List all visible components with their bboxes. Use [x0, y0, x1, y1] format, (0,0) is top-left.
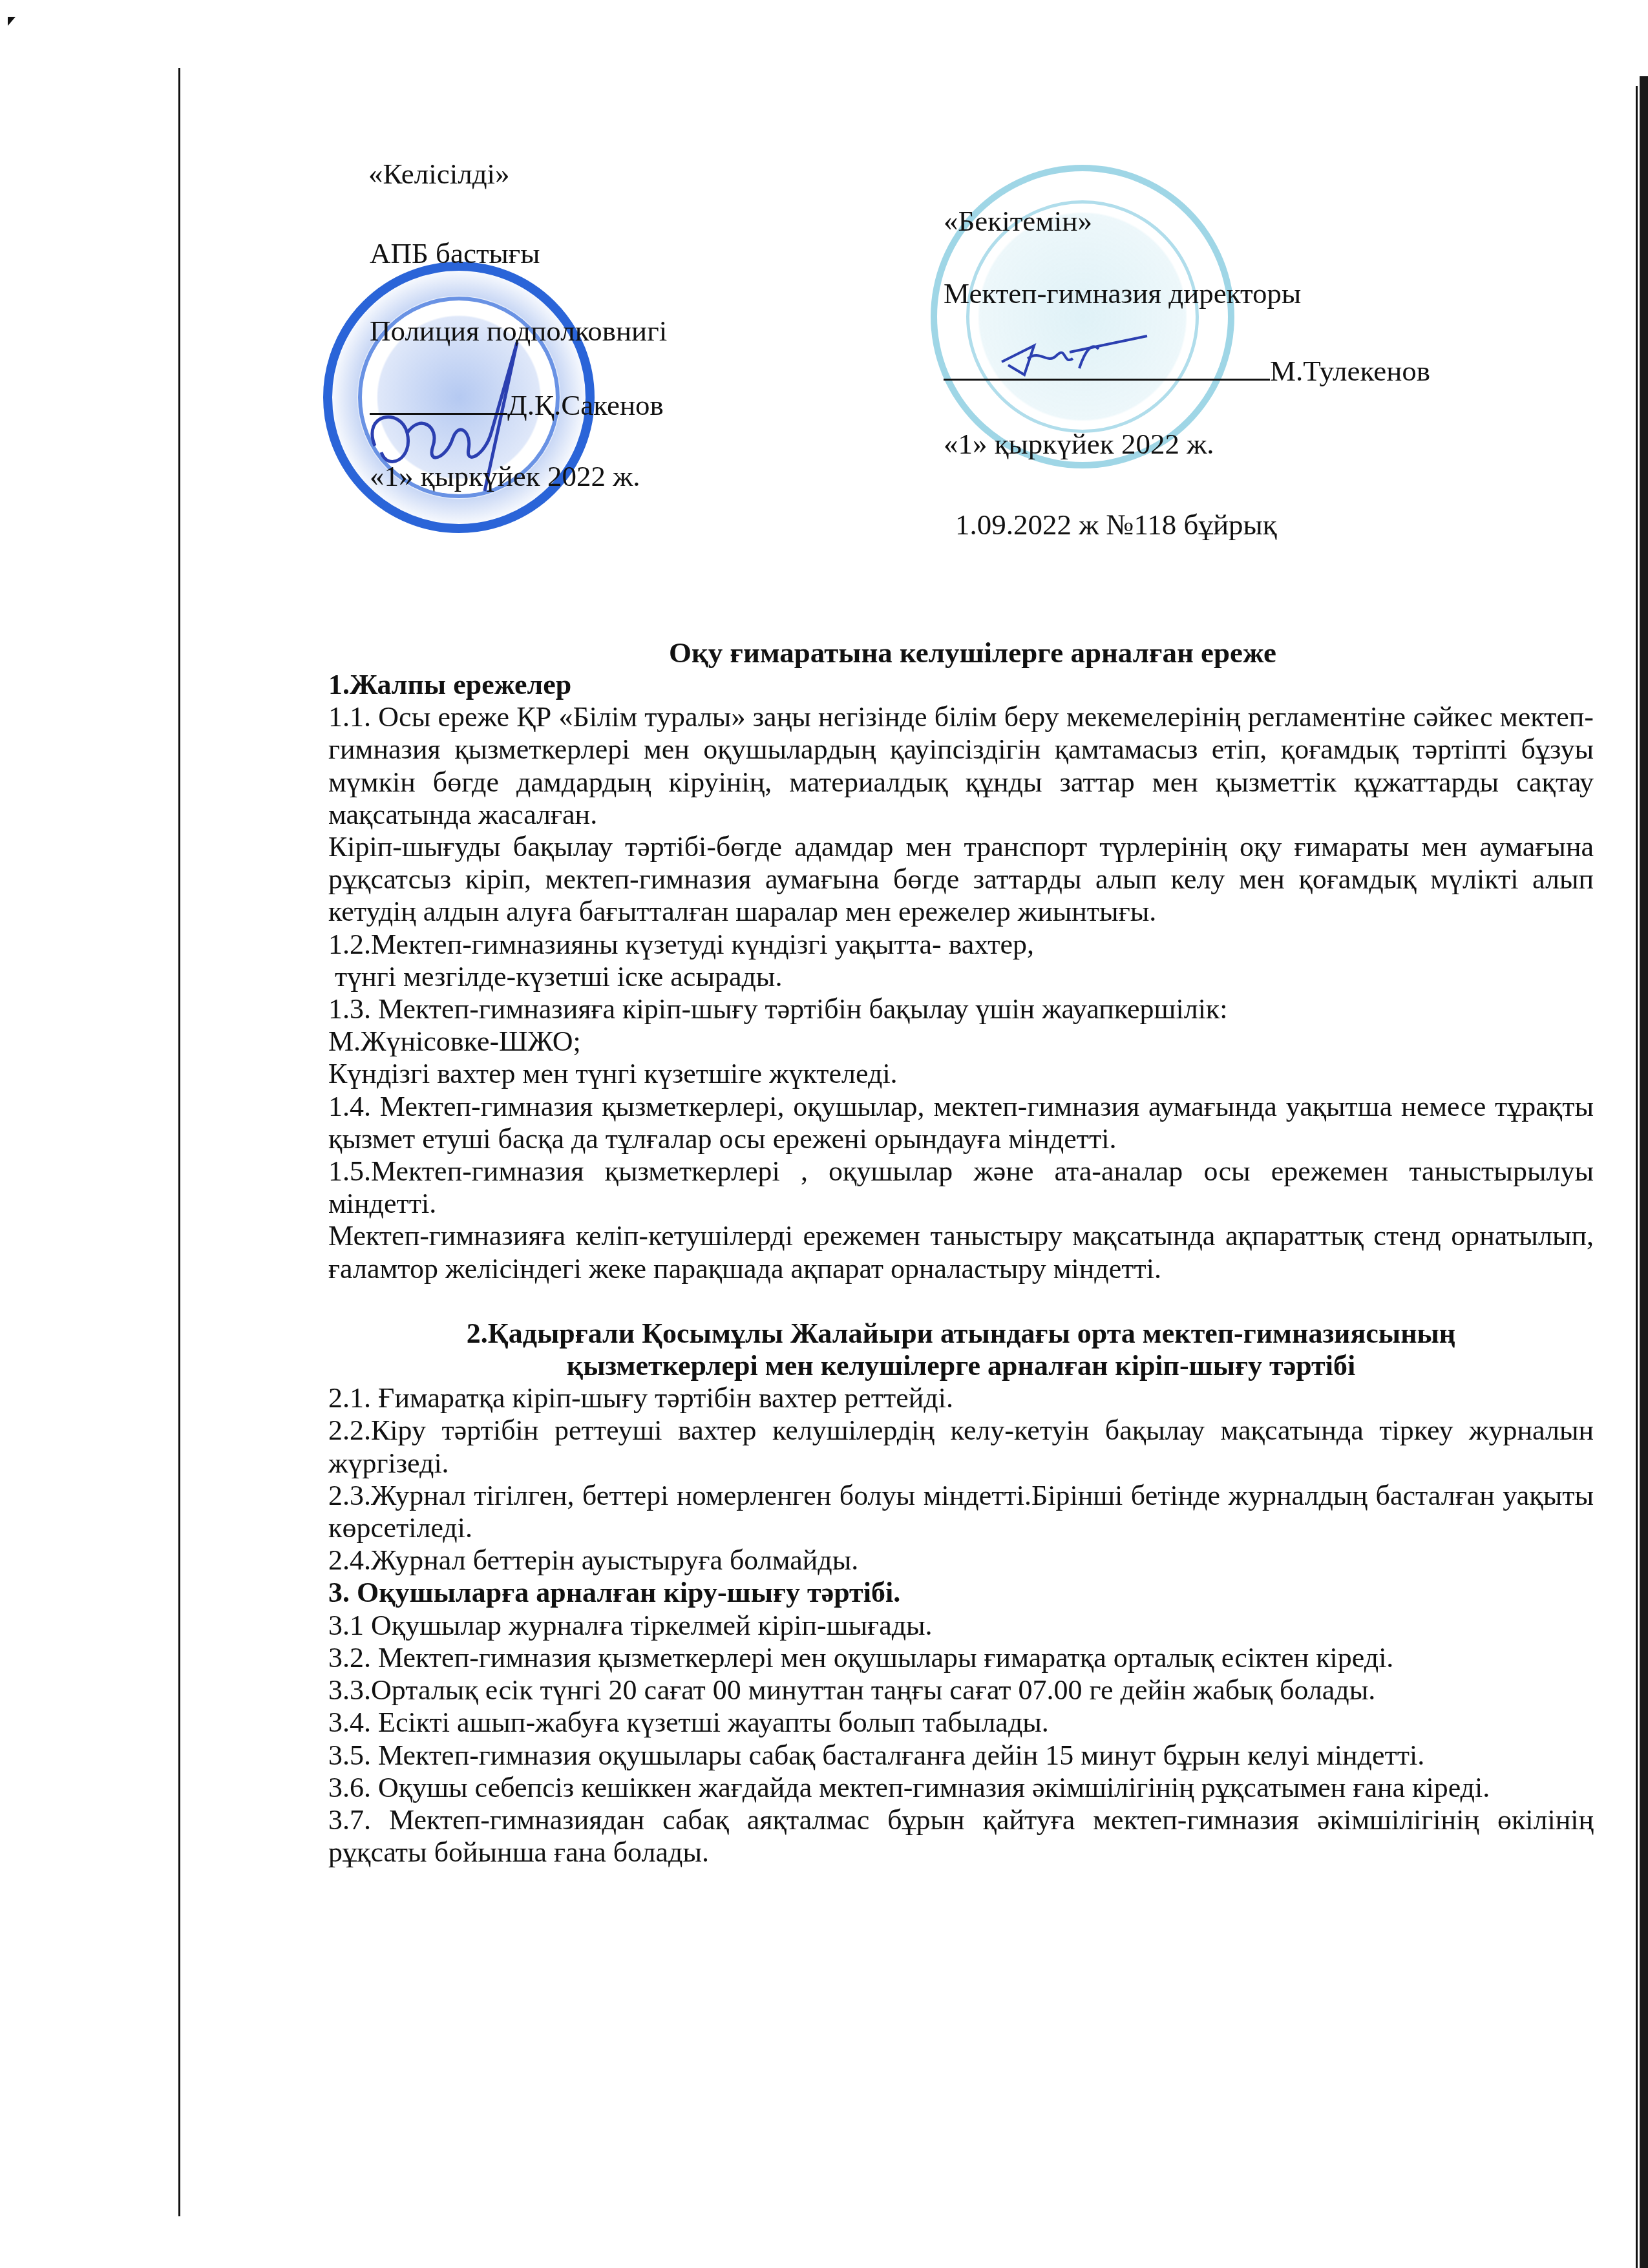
paragraph: 3.5. Мектеп-гимназия оқушылары сабақ бас… — [328, 1739, 1594, 1772]
right-edge-shadow — [1640, 76, 1648, 2268]
approved-date: «1» қыркүйек 2022 ж. — [944, 430, 1214, 459]
section-3-heading: 3. Оқушыларға арналған кіру-шығу тәртібі… — [328, 1577, 1594, 1609]
paragraph: 1.3. Мектеп-гимназияға кіріп-шығу тәртіб… — [328, 993, 1594, 1025]
agreed-title: «Келісілді» — [368, 160, 510, 189]
paragraph: 3.4. Есікті ашып-жабуға күзетші жауапты … — [328, 1706, 1594, 1739]
paragraph: 3.2. Мектеп-гимназия қызметкерлері мен о… — [328, 1642, 1594, 1674]
agreed-rank: Полиция подполковнигі — [370, 317, 667, 346]
approved-signatory: М.Тулекенов — [1270, 355, 1430, 387]
approved-signature-row: М.Тулекенов — [944, 357, 1430, 386]
scan-corner-mark — [8, 17, 16, 26]
paragraph: 2.3.Журнал тігілген, беттері номерленген… — [328, 1480, 1594, 1544]
approved-position: Мектеп-гимназия директоры — [944, 279, 1301, 308]
paragraph: 1.2.Мектеп-гимназияны күзетуді күндізгі … — [328, 929, 1594, 961]
paragraph: 3.3.Орталық есік түнгі 20 сағат 00 минут… — [328, 1674, 1594, 1706]
paragraph: 1.4. Мектеп-гимназия қызметкерлері, оқуш… — [328, 1091, 1594, 1155]
paragraph: Кіріп-шығуды бақылау тәртібі-бөгде адамд… — [328, 831, 1594, 929]
paragraph: Мектеп-гимназияға келіп-кетушілерді ереж… — [328, 1220, 1594, 1285]
paragraph: М.Жүнісовке-ШЖО; — [328, 1025, 1594, 1058]
signature-line — [370, 413, 507, 415]
left-margin-rule — [178, 68, 180, 2216]
document-body: 1.Жалпы ережелер 1.1. Осы ереже ҚР «Білі… — [328, 669, 1594, 1869]
agreed-signatory: Д.Қ.Сакенов — [507, 389, 664, 421]
signature-line — [944, 379, 1270, 381]
section-2-heading-line-1: 2.Қадырғали Қосымұлы Жалайыри атындағы о… — [302, 1318, 1620, 1350]
section-gap — [328, 1285, 1594, 1318]
paragraph: түнгі мезгілде-күзетші іске асырады. — [328, 961, 1594, 993]
paragraph: 2.4.Журнал беттерін ауыстыруға болмайды. — [328, 1544, 1594, 1577]
paragraph: 3.6. Оқушы себепсіз кешіккен жағдайда ме… — [328, 1772, 1594, 1804]
section-2-heading-line-2: қызметкерлері мен келушілерге арналған к… — [302, 1350, 1620, 1382]
paragraph: 1.5.Мектеп-гимназия қызметкерлері , оқуш… — [328, 1155, 1594, 1220]
right-edge-rule — [1636, 86, 1638, 2268]
paragraph: 2.2.Кіру тәртібін реттеуші вахтер келуші… — [328, 1414, 1594, 1479]
paragraph: 3.1 Оқушылар журналға тіркелмей кіріп-шы… — [328, 1610, 1594, 1642]
approved-title: «Бекітемін» — [944, 207, 1092, 236]
agreed-date: «1» қыркүйек 2022 ж. — [370, 462, 640, 491]
section-1-heading: 1.Жалпы ережелер — [328, 669, 1594, 701]
document-title: Оқу ғимаратына келушілерге арналған ереж… — [323, 636, 1622, 669]
order-reference: 1.09.2022 ж №118 бұйрық — [955, 510, 1277, 540]
paragraph: 2.1. Ғимаратқа кіріп-шығу тәртібін вахте… — [328, 1382, 1594, 1414]
agreed-position: АПБ бастығы — [370, 239, 540, 268]
paragraph: 1.1. Осы ереже ҚР «Білім туралы» заңы не… — [328, 701, 1594, 831]
agreed-signature-row: Д.Қ.Сакенов — [370, 391, 664, 420]
paragraph: 3.7. Мектеп-гимназиядан сабақ аяқталмас … — [328, 1804, 1594, 1869]
paragraph: Күндізгі вахтер мен түнгі күзетшіге жүкт… — [328, 1058, 1594, 1090]
